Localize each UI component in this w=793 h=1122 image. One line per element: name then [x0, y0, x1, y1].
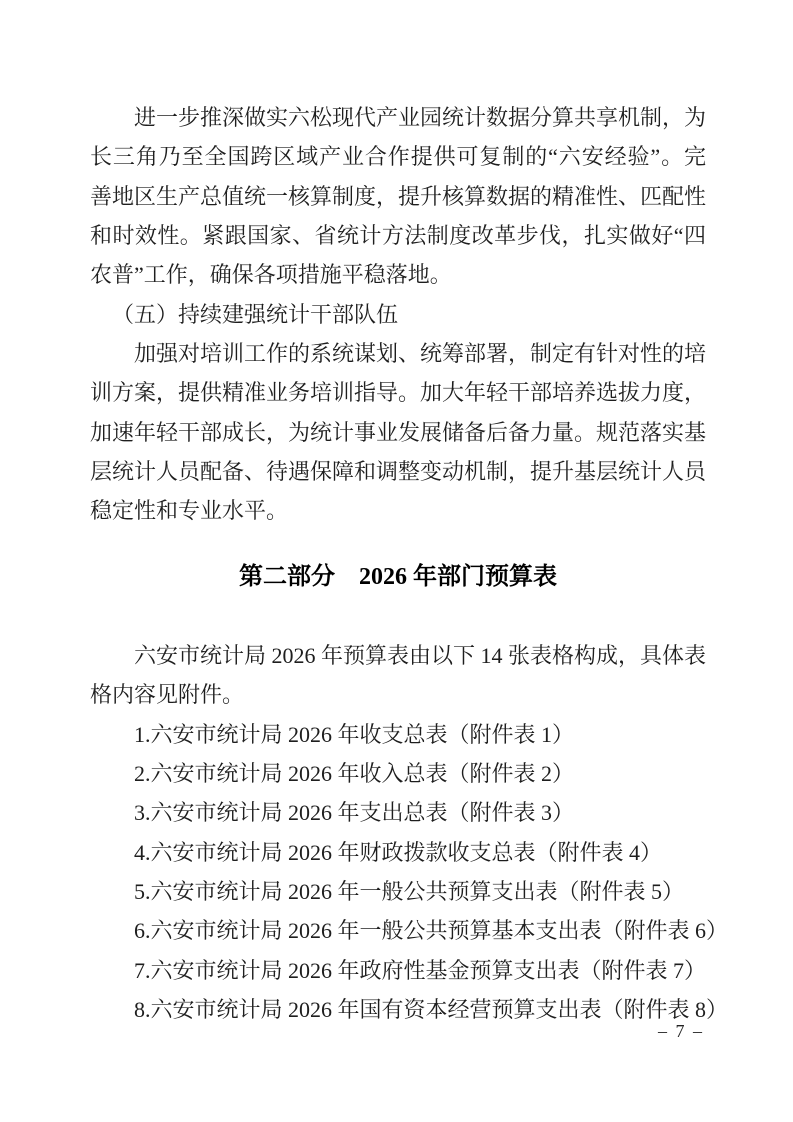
budget-table-list-item: 6.六安市统计局 2026 年一般公共预算基本支出表（附件表 6） — [90, 911, 706, 950]
page-number: – 7 – — [658, 1020, 704, 1042]
body-line: 格内容见附件。 — [90, 675, 706, 714]
body-line: 善地区生产总值统一核算制度，提升核算数据的精准性、匹配性 — [90, 177, 706, 216]
part2-section-heading: 第二部分 2026 年部门预算表 — [90, 558, 706, 597]
pdf-document-page: 进一步推深做实六松现代产业园统计数据分算共享机制，为 长三角乃至全国跨区域产业合… — [0, 0, 793, 1122]
page-text-block: 进一步推深做实六松现代产业园统计数据分算共享机制，为 长三角乃至全国跨区域产业合… — [90, 0, 706, 1029]
budget-table-list-item: 5.六安市统计局 2026 年一般公共预算支出表（附件表 5） — [90, 872, 706, 911]
budget-table-list-item: 3.六安市统计局 2026 年支出总表（附件表 3） — [90, 793, 706, 832]
paragraph-six-song: 进一步推深做实六松现代产业园统计数据分算共享机制，为 长三角乃至全国跨区域产业合… — [90, 98, 706, 295]
budget-table-list-item: 7.六安市统计局 2026 年政府性基金预算支出表（附件表 7） — [90, 951, 706, 990]
body-line: 六安市统计局 2026 年预算表由以下 14 张表格构成，具体表 — [90, 636, 706, 675]
body-line: 加速年轻干部成长，为统计事业发展储备后备力量。规范落实基 — [90, 413, 706, 452]
body-line: 长三角乃至全国跨区域产业合作提供可复制的“六安经验”。完 — [90, 137, 706, 176]
body-line: 进一步推深做实六松现代产业园统计数据分算共享机制，为 — [90, 98, 706, 137]
subsection-heading-item5: （五）持续建强统计干部队伍 — [90, 295, 706, 334]
body-line: 农普”工作，确保各项措施平稳落地。 — [90, 255, 706, 294]
budget-table-list-item: 1.六安市统计局 2026 年收支总表（附件表 1） — [90, 715, 706, 754]
paragraph-cadre-team: 加强对培训工作的系统谋划、统筹部署，制定有针对性的培 训方案，提供精准业务培训指… — [90, 334, 706, 531]
budget-table-list-item: 8.六安市统计局 2026 年国有资本经营预算支出表（附件表 8） — [90, 990, 706, 1029]
budget-table-list-item: 2.六安市统计局 2026 年收入总表（附件表 2） — [90, 754, 706, 793]
budget-table-list-item: 4.六安市统计局 2026 年财政拨款收支总表（附件表 4） — [90, 833, 706, 872]
paragraph-budget-intro: 六安市统计局 2026 年预算表由以下 14 张表格构成，具体表 格内容见附件。 — [90, 636, 706, 715]
body-line: 稳定性和专业水平。 — [90, 491, 706, 530]
body-line: 训方案，提供精准业务培训指导。加大年轻干部培养选拔力度， — [90, 373, 706, 412]
budget-table-list: 1.六安市统计局 2026 年收支总表（附件表 1） 2.六安市统计局 2026… — [90, 715, 706, 1030]
body-line: 和时效性。紧跟国家、省统计方法制度改革步伐，扎实做好“四 — [90, 216, 706, 255]
body-line: 层统计人员配备、待遇保障和调整变动机制，提升基层统计人员 — [90, 452, 706, 491]
body-line: 加强对培训工作的系统谋划、统筹部署，制定有针对性的培 — [90, 334, 706, 373]
